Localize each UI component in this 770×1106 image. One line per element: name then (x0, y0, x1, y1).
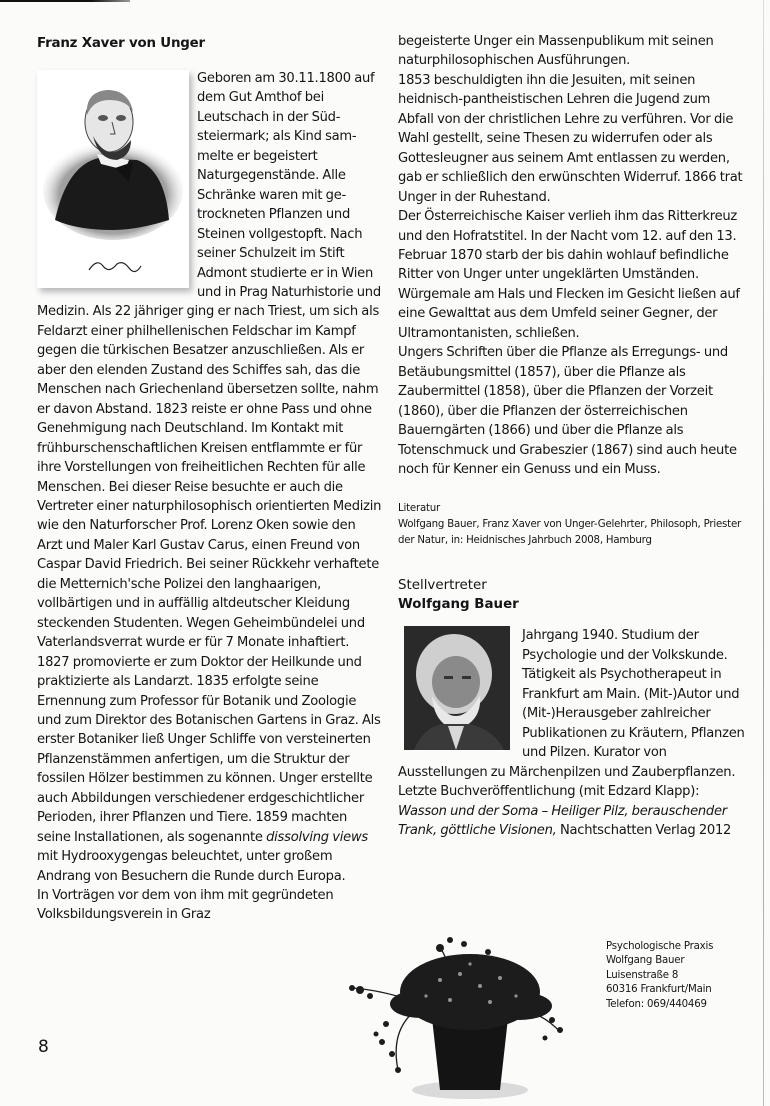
article-body-paragraph: In Vorträgen vor dem von ihm mit gegrün­… (37, 886, 382, 925)
left-column: Franz Xaver von Unger (37, 34, 382, 925)
italic-term: dissolving views (266, 830, 368, 845)
article-title: Franz Xaver von Unger (37, 34, 382, 53)
author-photo-icon (404, 626, 510, 750)
address-phone: Telefon: 069/440469 (606, 998, 713, 1012)
literature-block: Literatur Wolfgang Bauer, Franz Xaver vo… (398, 501, 748, 549)
page-number: 8 (38, 1037, 49, 1057)
article-body-left: Geboren am 30.11.1800 auf dem Gut Amthof… (37, 69, 382, 925)
article-paragraph: begeisterte Unger ein Massenpublikum mit… (398, 32, 748, 71)
contact-address: Psychologische Praxis Wolfgang Bauer Lui… (606, 940, 713, 1012)
scan-page-edge (763, 0, 764, 1106)
author-bio: Jahrgang 1940. Studium der Psychologie u… (398, 626, 748, 840)
article-paragraph: Der Österreichische Kaiser verlieh ihm d… (398, 207, 748, 343)
right-column: begeisterte Unger ein Massenpublikum mit… (398, 32, 748, 840)
address-line: Psychologische Praxis (606, 940, 713, 954)
address-line: Luisenstraße 8 (606, 969, 713, 983)
address-line: Wolfgang Bauer (606, 954, 713, 968)
scan-edge-line (0, 0, 130, 2)
article-paragraph: Ungers Schriften über die Pflanze als Er… (398, 343, 748, 479)
portrait-engraving-icon (37, 70, 189, 288)
author-bio-publisher: Nachtschatten Verlag 2012 (557, 823, 732, 838)
potted-plant-icon (340, 930, 590, 1106)
article-body-text-cont: mit Hy­drooxygengas beleuchtet, unter gr… (37, 849, 345, 883)
author-role: Stellvertreter (398, 576, 748, 595)
literature-heading: Literatur (398, 501, 748, 517)
article-paragraph: 1853 beschuldigten ihn die Jesuiten, mit… (398, 71, 748, 207)
author-name: Wolfgang Bauer (398, 595, 748, 614)
literature-reference: Wolfgang Bauer, Franz Xaver von Unger-Ge… (398, 517, 748, 549)
article-body-right: begeisterte Unger ein Massenpublikum mit… (398, 32, 748, 479)
address-line: 60316 Frankfurt/Main (606, 983, 713, 997)
